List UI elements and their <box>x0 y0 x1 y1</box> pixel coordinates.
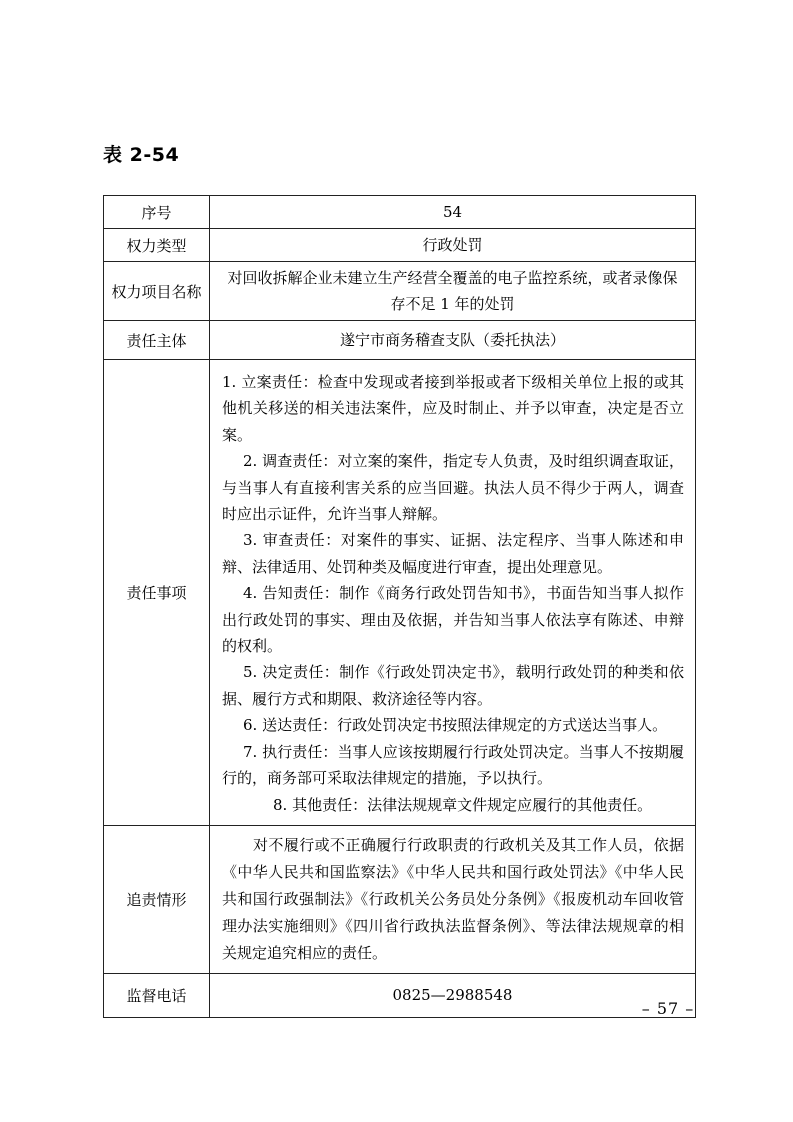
row-value-accountability-situations: 对不履行或不正确履行行政职责的行政机关及其工作人员，依据《中华人民共和国监察法》… <box>210 825 696 973</box>
table-row: 监督电话 0825—2988548 <box>104 973 696 1017</box>
duty-item-1: 1. 立案责任：检查中发现或者接到举报或者下级相关单位上报的或其他机关移送的相关… <box>222 369 684 448</box>
row-value-responsibility-items: 1. 立案责任：检查中发现或者接到举报或者下级相关单位上报的或其他机关移送的相关… <box>210 360 696 826</box>
table-row: 权力项目名称 对回收拆解企业未建立生产经营全覆盖的电子监控系统，或者录像保存不足… <box>104 262 696 321</box>
table-row: 序号 54 <box>104 196 696 229</box>
table-row: 责任事项 1. 立案责任：检查中发现或者接到举报或者下级相关单位上报的或其他机关… <box>104 360 696 826</box>
document-page: 表 2-54 序号 54 权力类型 行政处罚 权力项目名称 对回收拆解企业未建立… <box>0 0 793 1122</box>
table-row: 追责情形 对不履行或不正确履行行政职责的行政机关及其工作人员，依据《中华人民共和… <box>104 825 696 973</box>
duty-item-7: 7. 执行责任：当事人应该按期履行行政处罚决定。当事人不按期履行的，商务部可采取… <box>222 739 684 792</box>
row-value-responsible-entity: 遂宁市商务稽查支队（委托执法） <box>210 321 696 360</box>
duty-item-8: 8. 其他责任：法律法规规章文件规定应履行的其他责任。 <box>222 792 684 818</box>
row-value-power-type: 行政处罚 <box>210 229 696 262</box>
row-value-power-item-name: 对回收拆解企业未建立生产经营全覆盖的电子监控系统，或者录像保存不足 1 年的处罚 <box>210 262 696 321</box>
row-label-responsible-entity: 责任主体 <box>104 321 210 360</box>
row-label-responsibility-items: 责任事项 <box>104 360 210 826</box>
table-row: 责任主体 遂宁市商务稽查支队（委托执法） <box>104 321 696 360</box>
table-row: 权力类型 行政处罚 <box>104 229 696 262</box>
row-label-accountability-situations: 追责情形 <box>104 825 210 973</box>
row-value-serial-number: 54 <box>210 196 696 229</box>
row-label-serial-number: 序号 <box>104 196 210 229</box>
duty-item-2: 2. 调查责任：对立案的案件，指定专人负责，及时组织调查取证，与当事人有直接利害… <box>222 448 684 527</box>
duty-item-5: 5. 决定责任：制作《行政处罚决定书》，载明行政处罚的种类和依据、履行方式和期限… <box>222 659 684 712</box>
row-label-power-type: 权力类型 <box>104 229 210 262</box>
duty-item-6: 6. 送达责任：行政处罚决定书按照法律规定的方式送达当事人。 <box>222 712 684 738</box>
accountability-paragraph: 对不履行或不正确履行行政职责的行政机关及其工作人员，依据《中华人民共和国监察法》… <box>222 832 684 967</box>
table-caption: 表 2-54 <box>103 140 179 167</box>
duty-item-3: 3. 审查责任：对案件的事实、证据、法定程序、当事人陈述和申辩、法律适用、处罚种… <box>222 527 684 580</box>
page-number: – 57 – <box>628 999 708 1018</box>
duty-item-4: 4. 告知责任：制作《商务行政处罚告知书》，书面告知当事人拟作出行政处罚的事实、… <box>222 580 684 659</box>
row-value-supervision-phone: 0825—2988548 <box>210 973 696 1017</box>
row-label-supervision-phone: 监督电话 <box>104 973 210 1017</box>
power-item-table: 序号 54 权力类型 行政处罚 权力项目名称 对回收拆解企业未建立生产经营全覆盖… <box>103 195 696 1018</box>
row-label-power-item-name: 权力项目名称 <box>104 262 210 321</box>
